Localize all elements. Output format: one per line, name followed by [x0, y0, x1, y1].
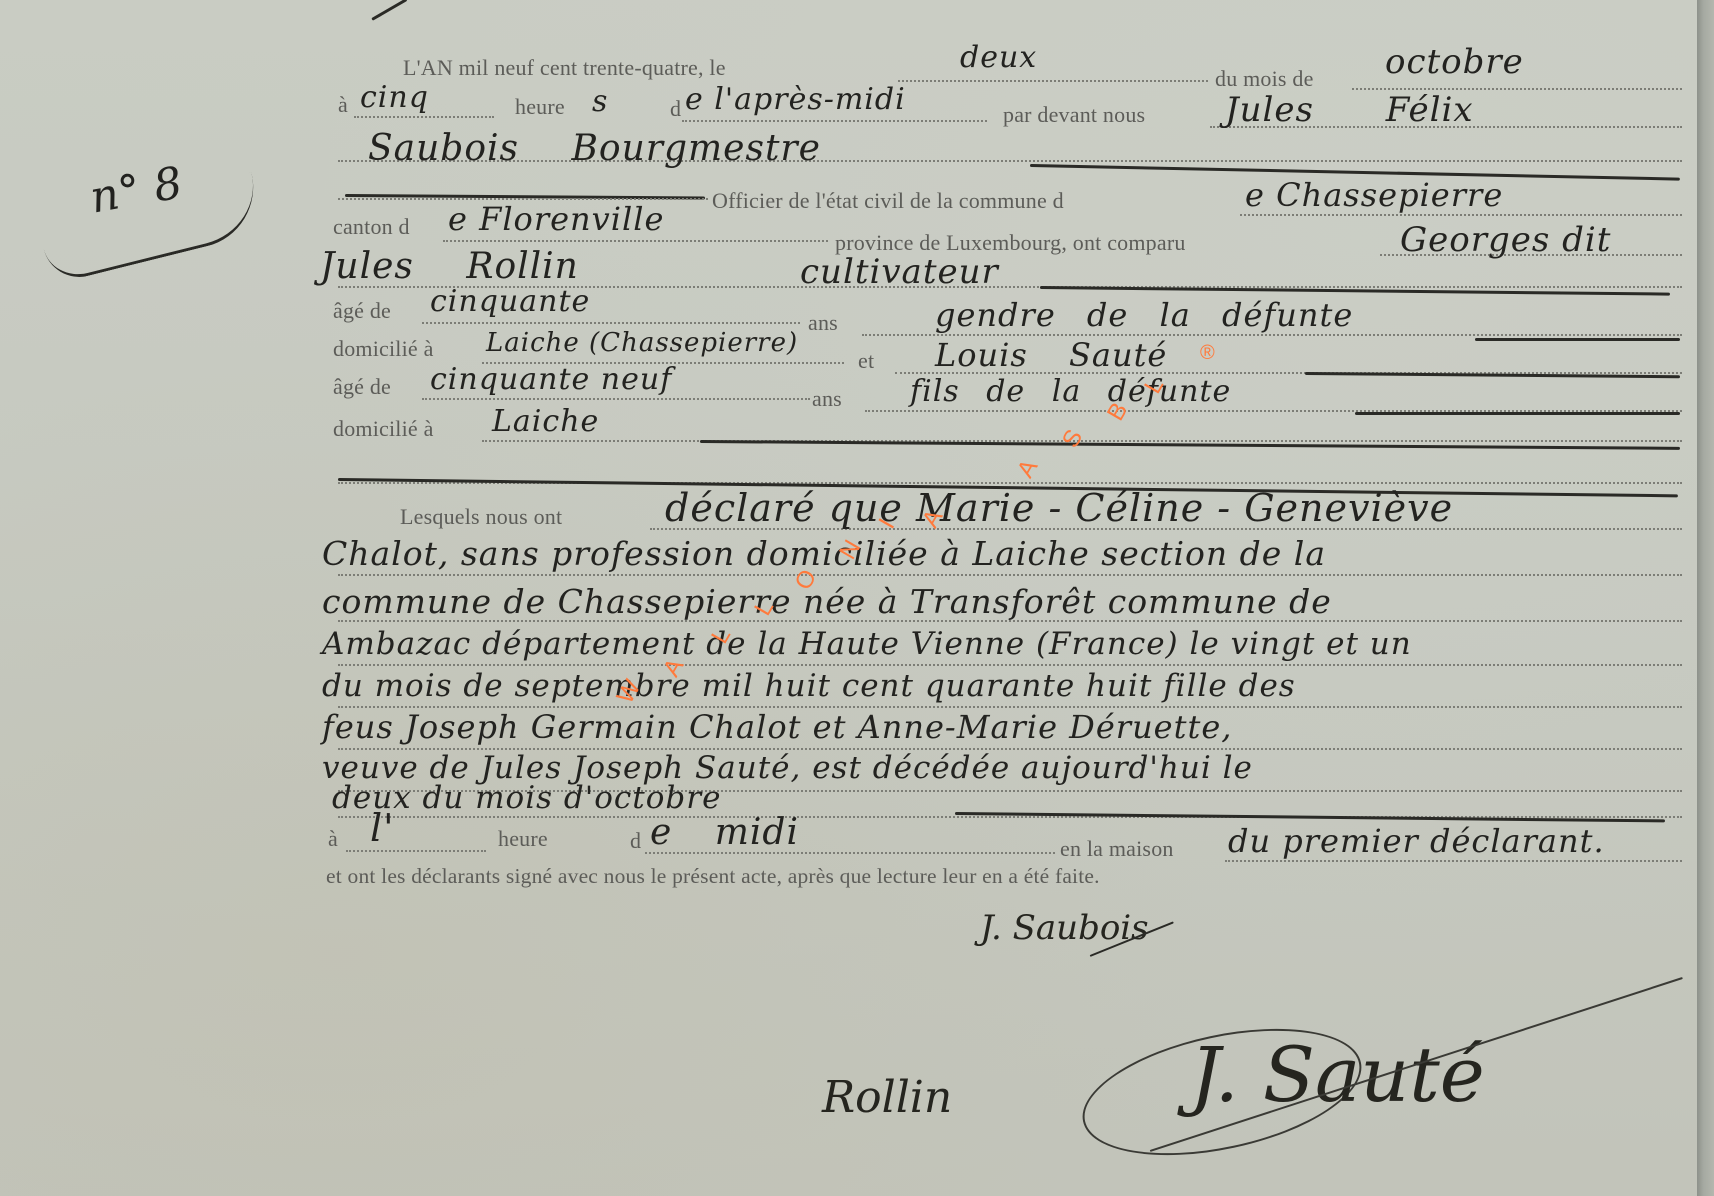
handwritten-period: e l'après-midi — [685, 82, 906, 117]
handwritten-day: deux — [960, 40, 1037, 75]
handwritten-relation-2: fils de la défunte — [910, 374, 1231, 409]
dotted-line — [422, 322, 800, 324]
printed-par-devant: par devant nous — [1003, 102, 1145, 128]
printed-canton: canton d — [333, 214, 410, 240]
handwritten-declarant1-start: Georges dit — [1400, 220, 1611, 260]
dotted-line — [338, 664, 1682, 666]
printed-age-2: âgé de — [333, 374, 391, 400]
page-binding-edge — [1697, 0, 1714, 1196]
body-line-2: Chalot, sans profession domiciliée à Lai… — [322, 534, 1326, 573]
body-line-4: Ambazac département de la Haute Vienne (… — [322, 626, 1412, 662]
handwritten-hour: cinq — [360, 80, 429, 115]
dotted-line — [354, 116, 494, 118]
printed-domicile-1: domicilié à — [333, 336, 434, 362]
printed-year: L'AN mil neuf cent trente-quatre, le — [403, 55, 726, 81]
printed-lesquels: Lesquels nous ont — [400, 504, 562, 530]
dotted-line — [1225, 860, 1682, 862]
handwritten-domicile-1: Laiche (Chassepierre) — [486, 328, 798, 358]
printed-et: et — [858, 348, 874, 374]
handwritten-maison: du premier déclarant. — [1228, 822, 1605, 860]
body-line-3: commune de Chassepierre née à Transforêt… — [322, 582, 1332, 621]
dotted-line — [1240, 214, 1682, 216]
handwritten-age-2: cinquante neuf — [430, 362, 672, 397]
handwritten-hour-suffix: s — [592, 84, 608, 119]
dotted-line — [898, 80, 1208, 82]
printed-closing: et ont les déclarants signé avec nous le… — [326, 864, 1100, 889]
dotted-line — [422, 398, 810, 400]
handwritten-age-1: cinquante — [430, 284, 590, 319]
register-page: n° 8 L'AN mil neuf cent trente-quatre, l… — [0, 0, 1697, 1196]
handwritten-domicile-2: Laiche — [492, 404, 599, 439]
handwritten-relation-1: gendre de la défunte — [935, 296, 1353, 334]
printed-domicile-2: domicilié à — [333, 416, 434, 442]
dotted-line — [338, 574, 1682, 576]
handwritten-canton: e Florenville — [448, 200, 664, 238]
handwritten-commune: e Chassepierre — [1245, 176, 1503, 214]
signature-declarant1: Rollin — [822, 1072, 952, 1123]
handwritten-period-2: e midi — [650, 812, 799, 853]
watermark-letter: S — [1057, 425, 1089, 453]
strike-line — [1475, 338, 1680, 341]
dotted-line — [682, 120, 987, 122]
dotted-line — [443, 240, 828, 242]
handwritten-month: octobre — [1385, 42, 1524, 82]
handwritten-declarant2: Louis Sauté — [935, 336, 1167, 374]
printed-heure: heure — [515, 94, 565, 120]
handwritten-profession: cultivateur — [800, 252, 999, 292]
printed-ans-1: ans — [808, 310, 838, 336]
strike-line — [1355, 412, 1680, 415]
printed-age-1: âgé de — [333, 298, 391, 324]
signature-declarant2: J. Sauté — [1190, 1030, 1485, 1119]
printed-month-label: du mois de — [1215, 66, 1314, 92]
printed-heure-2: heure — [498, 826, 548, 852]
printed-de-2: d — [630, 828, 641, 854]
body-line-6: feus Joseph Germain Chalot et Anne-Marie… — [322, 708, 1232, 746]
printed-a-2: à — [328, 826, 338, 852]
body-line-5: du mois de septembre mil huit cent quara… — [322, 668, 1296, 704]
handwritten-declarant1-name: Jules Rollin — [320, 246, 579, 287]
dotted-line — [346, 850, 486, 852]
watermark-letter: ® — [1200, 342, 1215, 365]
printed-maison: en la maison — [1060, 836, 1174, 862]
ink-curl — [371, 0, 407, 21]
handwritten-officer-name: Saubois Bourgmestre — [368, 128, 821, 169]
printed-ans-2: ans — [812, 386, 842, 412]
body-line-1: déclaré que Marie - Céline - Geneviève — [665, 486, 1453, 530]
handwritten-officer-firstname: Jules Félix — [1225, 90, 1474, 130]
watermark-letter: A — [1012, 455, 1044, 483]
printed-officier: Officier de l'état civil de la commune d — [712, 188, 1064, 214]
handwritten-hour-2: l' — [370, 806, 395, 850]
printed-a: à — [338, 92, 348, 118]
printed-de: d — [670, 96, 681, 122]
